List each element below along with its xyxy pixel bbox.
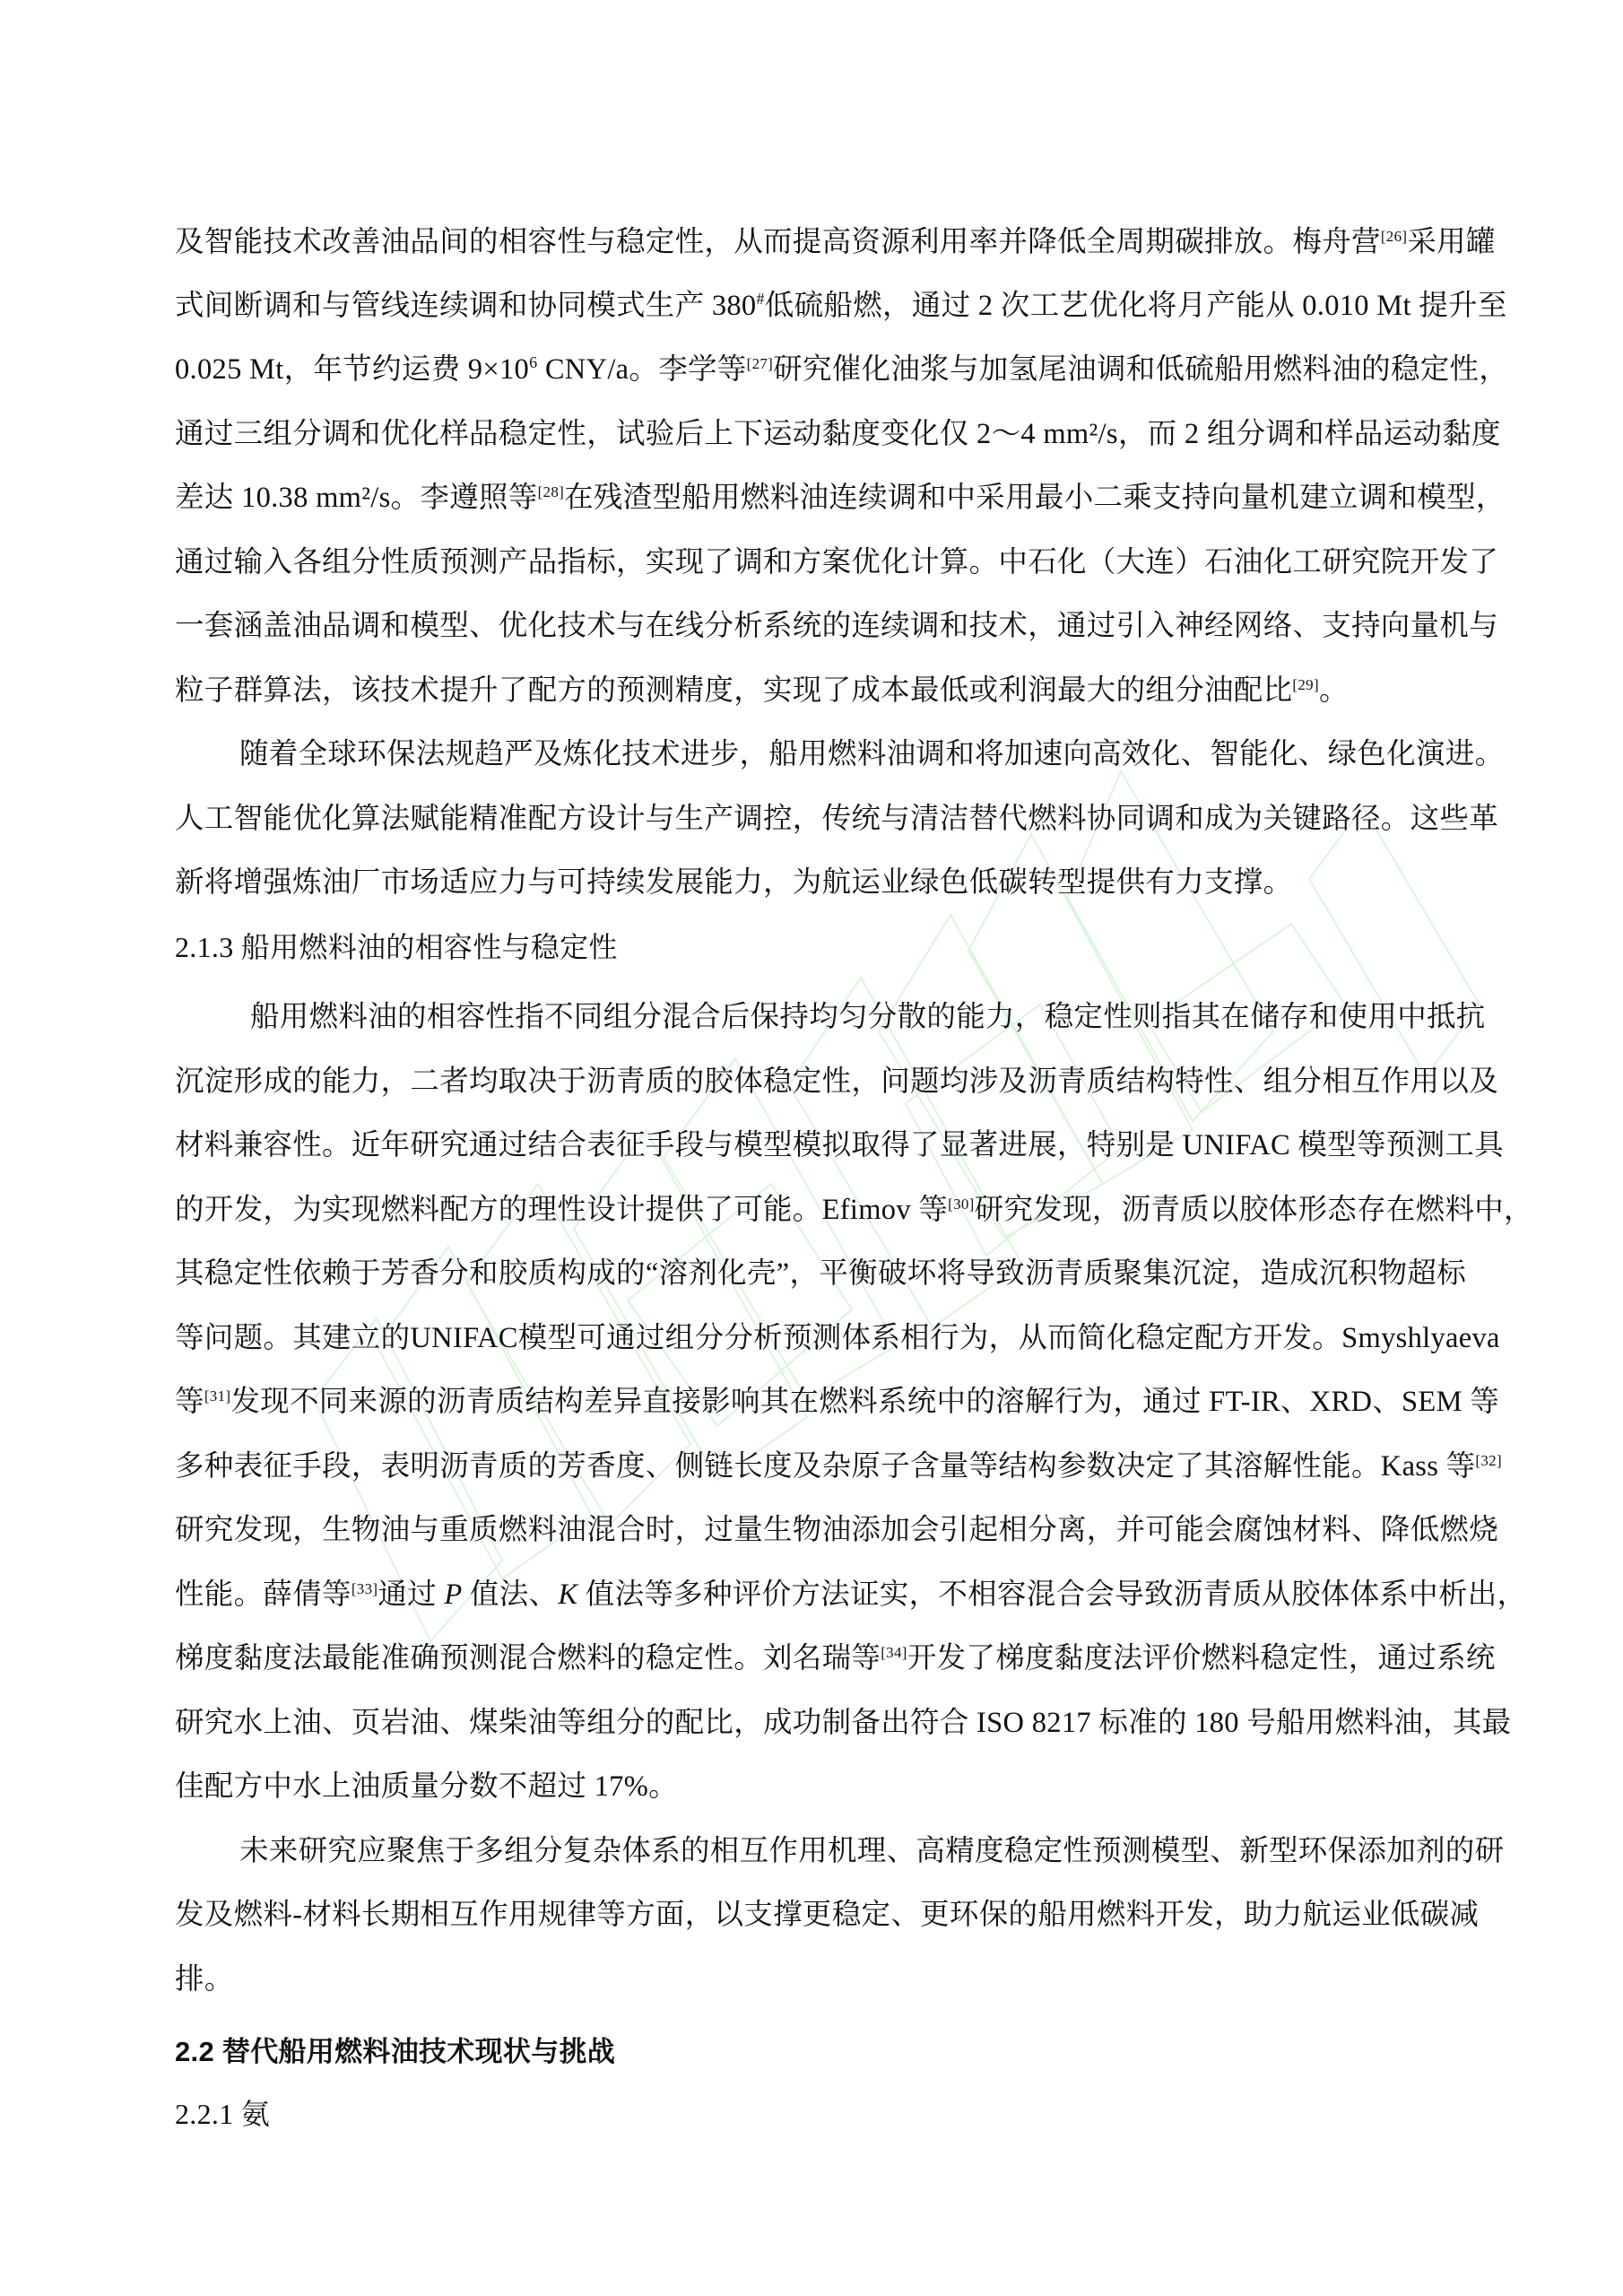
text-line: 船用燃料油的相容性指不同组分混合后保持均匀分散的能力，稳定性则指其在储存和使用中…	[175, 999, 1466, 1035]
text-line: 性能。薛倩等[33]通过 P 值法、K 值法等多种评价方法证实，不相容混合会导致…	[175, 1577, 1466, 1613]
superscript: #	[756, 290, 764, 308]
text-segment: 0.025 Mt，年节约运费 9×10	[175, 353, 529, 386]
text-line: 及智能技术改善油品间的相容性与稳定性，从而提高资源利用率并降低全周期碳排放。梅舟…	[175, 224, 1466, 260]
italic-symbol: P	[444, 1578, 462, 1611]
text-segment: 研究催化油浆与加氢尾油调和低硫船用燃料油的稳定性，	[773, 353, 1508, 386]
text-segment: 研究水上油、页岩油、煤柴油等组分的配比，成功制备出符合 ISO 8217 标准的…	[175, 1707, 1511, 1739]
text-segment: 一套涵盖油品调和模型、优化技术与在线分析系统的连续调和技术，通过引入神经网络、支…	[175, 610, 1498, 642]
text-segment: 值法、	[463, 1578, 559, 1611]
text-segment: 2.2.1 氨	[175, 2098, 270, 2130]
text-line: 新将增强炼油厂市场适应力与可持续发展能力，为航运业绿色低碳转型提供有力支撑。	[175, 865, 1466, 900]
text-line: 研究水上油、页岩油、煤柴油等组分的配比，成功制备出符合 ISO 8217 标准的…	[175, 1705, 1466, 1741]
text-segment: 值法等多种评价方法证实，不相容混合会导致沥青质从胶体体系中析出，	[577, 1578, 1526, 1611]
citation-ref: [31]	[204, 1387, 231, 1405]
text-line: 研究发现，生物油与重质燃料油混合时，过量生物油添加会引起相分离，并可能会腐蚀材料…	[175, 1512, 1466, 1548]
text-line: 梯度黏度法最能准确预测混合燃料的稳定性。刘名瑞等[34]开发了梯度黏度法评价燃料…	[175, 1640, 1466, 1676]
text-segment: 新将增强炼油厂市场适应力与可持续发展能力，为航运业绿色低碳转型提供有力支撑。	[175, 866, 1292, 899]
text-segment: 在残渣型船用燃料油连续调和中采用最小二乘支持向量机建立调和模型，	[564, 482, 1506, 514]
text-line: 0.025 Mt，年节约运费 9×106 CNY/a。李学等[27]研究催化油浆…	[175, 352, 1466, 387]
text-line: 通过输入各组分性质预测产品指标，实现了调和方案优化计算。中石化（大连）石油化工研…	[175, 544, 1466, 580]
text-segment: 未来研究应聚焦于多组分复杂体系的相互作用机理、高精度稳定性预测模型、新型环保添加…	[239, 1835, 1504, 1867]
text-line: 随着全球环保法规趋严及炼化技术进步，船用燃料油调和将加速向高效化、智能化、绿色化…	[175, 736, 1466, 772]
text-segment: 随着全球环保法规趋严及炼化技术进步，船用燃料油调和将加速向高效化、智能化、绿色化…	[239, 738, 1504, 770]
citation-ref: [30]	[948, 1196, 975, 1213]
text-segment: 通过	[378, 1578, 444, 1611]
text-line: 发及燃料-材料长期相互作用规律等方面，以支撑更稳定、更环保的船用燃料开发，助力航…	[175, 1897, 1466, 1933]
text-segment: 发及燃料-材料长期相互作用规律等方面，以支撑更稳定、更环保的船用燃料开发，助力航…	[175, 1899, 1479, 1931]
superscript: 6	[529, 353, 537, 371]
text-segment: 等	[175, 1386, 204, 1418]
text-segment: 多种表征手段，表明沥青质的芳香度、侧链长度及杂原子含量等结构参数决定了其溶解性能…	[175, 1450, 1475, 1483]
text-segment: 采用罐	[1407, 226, 1495, 258]
text-segment: 的开发，为实现燃料配方的理性设计提供了可能。Efimov 等	[175, 1194, 948, 1226]
text-segment: 研究发现，生物油与重质燃料油混合时，过量生物油添加会引起相分离，并可能会腐蚀材料…	[175, 1514, 1498, 1546]
text-segment: 其稳定性依赖于芳香分和胶质构成的“溶剂化壳”，平衡破坏将导致沥青质聚集沉淀，造成…	[175, 1257, 1466, 1290]
text-segment: CNY/a。李学等	[537, 353, 746, 386]
text-segment: 佳配方中水上油质量分数不超过 17%。	[175, 1770, 678, 1803]
italic-symbol: K	[558, 1578, 577, 1611]
text-line: 等[31]发现不同来源的沥青质结构差异直接影响其在燃料系统中的溶解行为，通过 F…	[175, 1384, 1466, 1420]
text-line: 等问题。其建立的UNIFAC模型可通过组分分析预测体系相行为，从而简化稳定配方开…	[175, 1320, 1466, 1356]
text-segment: 2.2 替代船用燃料油技术现状与挑战	[175, 2036, 615, 2067]
section-heading: 2.2 替代船用燃料油技术现状与挑战	[175, 2034, 1466, 2070]
text-line: 未来研究应聚焦于多组分复杂体系的相互作用机理、高精度稳定性预测模型、新型环保添加…	[175, 1833, 1466, 1869]
text-segment: 船用燃料油的相容性指不同组分混合后保持均匀分散的能力，稳定性则指其在储存和使用中…	[250, 1001, 1486, 1033]
text-segment: 研究发现，沥青质以胶体形态存在燃料中，	[975, 1194, 1533, 1226]
text-segment: 排。	[175, 1963, 234, 1996]
citation-ref: [29]	[1292, 676, 1319, 693]
subsection-heading: 2.2.1 氨	[175, 2096, 1466, 2132]
text-segment: 通过三组分调和优化样品稳定性，试验后上下运动黏度变化仅 2～4 mm²/s，而 …	[175, 418, 1501, 450]
text-line: 佳配方中水上油质量分数不超过 17%。	[175, 1769, 1466, 1805]
text-line: 人工智能优化算法赋能精准配方设计与生产调控，传统与清洁替代燃料协同调和成为关键路…	[175, 801, 1466, 837]
text-segment: 粒子群算法，该技术提升了配方的预测精度，实现了成本最低或利润最大的组分油配比	[175, 674, 1292, 707]
text-line: 多种表征手段，表明沥青质的芳香度、侧链长度及杂原子含量等结构参数决定了其溶解性能…	[175, 1448, 1466, 1484]
citation-ref: [33]	[352, 1580, 378, 1597]
text-segment: 及智能技术改善油品间的相容性与稳定性，从而提高资源利用率并降低全周期碳排放。梅舟…	[175, 226, 1381, 258]
text-line: 一套涵盖油品调和模型、优化技术与在线分析系统的连续调和技术，通过引入神经网络、支…	[175, 608, 1466, 644]
citation-ref: [28]	[538, 483, 565, 500]
citation-ref: [34]	[881, 1644, 907, 1661]
text-segment: 性能。薛倩等	[175, 1578, 352, 1611]
text-line: 排。	[175, 1961, 1466, 1997]
text-segment: 通过输入各组分性质预测产品指标，实现了调和方案优化计算。中石化（大连）石油化工研…	[175, 546, 1498, 578]
text-segment: 差达 10.38 mm²/s。李遵照等	[175, 482, 538, 514]
text-segment: 。	[1319, 674, 1349, 707]
text-segment: 等问题。其建立的UNIFAC模型可通过组分分析预测体系相行为，从而简化稳定配方开…	[175, 1322, 1500, 1354]
text-segment: 开发了梯度黏度法评价燃料稳定性，通过系统	[907, 1642, 1496, 1674]
text-line: 的开发，为实现燃料配方的理性设计提供了可能。Efimov 等[30]研究发现，沥…	[175, 1192, 1466, 1228]
citation-ref: [27]	[747, 355, 774, 372]
text-line: 材料兼容性。近年研究通过结合表征手段与模型模拟取得了显著进展，特别是 UNIFA…	[175, 1127, 1466, 1163]
text-segment: 式间断调和与管线连续调和协同模式生产 380	[175, 290, 756, 322]
text-segment: 梯度黏度法最能准确预测混合燃料的稳定性。刘名瑞等	[175, 1642, 881, 1674]
text-line: 粒子群算法，该技术提升了配方的预测精度，实现了成本最低或利润最大的组分油配比[2…	[175, 673, 1466, 709]
citation-ref: [26]	[1381, 228, 1408, 245]
text-segment: 2.1.3 船用燃料油的相容性与稳定性	[175, 931, 618, 963]
text-segment: 沉淀形成的能力，二者均取决于沥青质的胶体稳定性，问题均涉及沥青质结构特性、组分相…	[175, 1065, 1498, 1098]
text-line: 式间断调和与管线连续调和协同模式生产 380#低硫船燃，通过 2 次工艺优化将月…	[175, 288, 1466, 324]
text-line: 其稳定性依赖于芳香分和胶质构成的“溶剂化壳”，平衡破坏将导致沥青质聚集沉淀，造成…	[175, 1256, 1466, 1291]
text-segment: 材料兼容性。近年研究通过结合表征手段与模型模拟取得了显著进展，特别是 UNIFA…	[175, 1129, 1504, 1161]
text-segment: 发现不同来源的沥青质结构差异直接影响其在燃料系统中的溶解行为，通过 FT-IR、…	[230, 1386, 1499, 1418]
subsection-heading: 2.1.3 船用燃料油的相容性与稳定性	[175, 929, 1466, 965]
citation-ref: [32]	[1475, 1452, 1502, 1469]
text-line: 差达 10.38 mm²/s。李遵照等[28]在残渣型船用燃料油连续调和中采用最…	[175, 480, 1466, 516]
text-segment: 低硫船燃，通过 2 次工艺优化将月产能从 0.010 Mt 提升至	[765, 290, 1507, 322]
text-line: 沉淀形成的能力，二者均取决于沥青质的胶体稳定性，问题均涉及沥青质结构特性、组分相…	[175, 1064, 1466, 1100]
text-line: 通过三组分调和优化样品稳定性，试验后上下运动黏度变化仅 2～4 mm²/s，而 …	[175, 416, 1466, 452]
text-segment: 人工智能优化算法赋能精准配方设计与生产调控，传统与清洁替代燃料协同调和成为关键路…	[175, 803, 1498, 835]
